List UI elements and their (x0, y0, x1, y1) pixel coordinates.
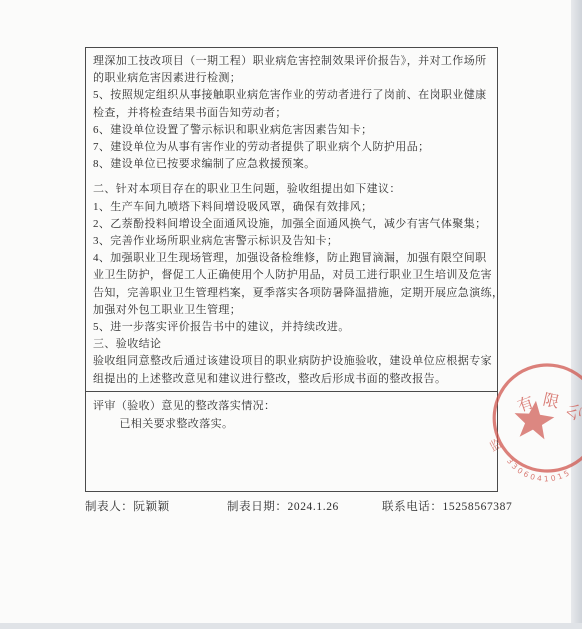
rectification-status-cell: 评审（验收）意见的整改落实情况： 已相关要求整改落实。 (86, 391, 497, 491)
acceptance-opinion-cell: 理深加工技改项目（一期工程）职业病危害控制效果评价报告》，并对工作场所 的职业病… (86, 48, 497, 391)
text-line: 组提出的上述整改意见和建议进行整改，整改后形成书面的整改报告。 (93, 371, 490, 388)
text-line: 验收组同意整改后通过该建设项目的职业病防护设施验收，建设单位应根据专家 (93, 353, 490, 370)
text-line: 的职业病危害因素进行检测； (93, 70, 490, 87)
scanned-document-page: { "doc": { "main_lines": [ "理深加工技改项目（一期工… (0, 0, 582, 629)
text-line: 5、进一步落实评价报告书中的建议，并持续改进。 (93, 319, 490, 336)
acceptance-opinion-table: 理深加工技改项目（一期工程）职业病危害控制效果评价报告》，并对工作场所 的职业病… (85, 47, 498, 492)
text-line: 5、按照规定组织从事接触职业病危害作业的劳动者进行了岗前、在岗职业健康 (93, 87, 490, 104)
preparer-field: 制表人：阮颖颖 (85, 498, 170, 514)
text-line (93, 173, 490, 181)
text-line: 告知，完善职业卫生管理档案，夏季落实各项防暑降温措施，定期开展应急演练， (93, 285, 490, 302)
text-line: 6、建设单位设置了警示标识和职业病危害因素告知卡； (93, 122, 490, 139)
text-line: 7、建设单位为从事有害作业的劳动者提供了职业病个人防护用品； (93, 139, 490, 156)
text-line: 2、乙萘酚投料间增设全面通风设施，加强全面通风换气，减少有害气体聚集； (93, 216, 490, 233)
seal-star-icon (512, 399, 556, 440)
rectification-status-content: 已相关要求整改落实。 (93, 415, 490, 433)
text-line: 1、生产车间九喷塔下料间增设吸风罩，确保有效排风； (93, 199, 490, 216)
text-line: 三、验收结论 (93, 336, 490, 353)
scan-edge-right (571, 0, 582, 629)
scan-edge-bottom (0, 623, 582, 629)
text-line: 8、建设单位已按要求编制了应急救援预案。 (93, 156, 490, 173)
phone-field: 联系电话：15258567387 (382, 498, 512, 514)
text-line: 理深加工技改项目（一期工程）职业病危害控制效果评价报告》，并对工作场所 (93, 53, 490, 70)
text-line: 3、完善作业场所职业病危害警示标识及告知卡； (93, 233, 490, 250)
table-footer: 制表人：阮颖颖 制表日期：2024.1.26 联系电话：15258567387 (0, 498, 582, 518)
text-line: 二、针对本项目存在的职业卫生问题，验收组提出如下建议： (93, 181, 490, 198)
text-line: 业卫生防护，督促工人正确使用个人防护用品，对员工进行职业卫生培训及危害 (93, 267, 490, 284)
date-field: 制表日期：2024.1.26 (227, 498, 339, 514)
rectification-status-title: 评审（验收）意见的整改落实情况： (93, 397, 490, 415)
svg-text:3306041015: 3306041015 (503, 456, 574, 487)
text-line: 加强对外包工职业卫生管理； (93, 302, 490, 319)
text-line: 检查，并将检查结果书面告知劳动者； (93, 105, 490, 122)
text-line: 4、加强职业卫生现场管理，加强设备检维修，防止跑冒滴漏，加强有限空间职 (93, 250, 490, 267)
